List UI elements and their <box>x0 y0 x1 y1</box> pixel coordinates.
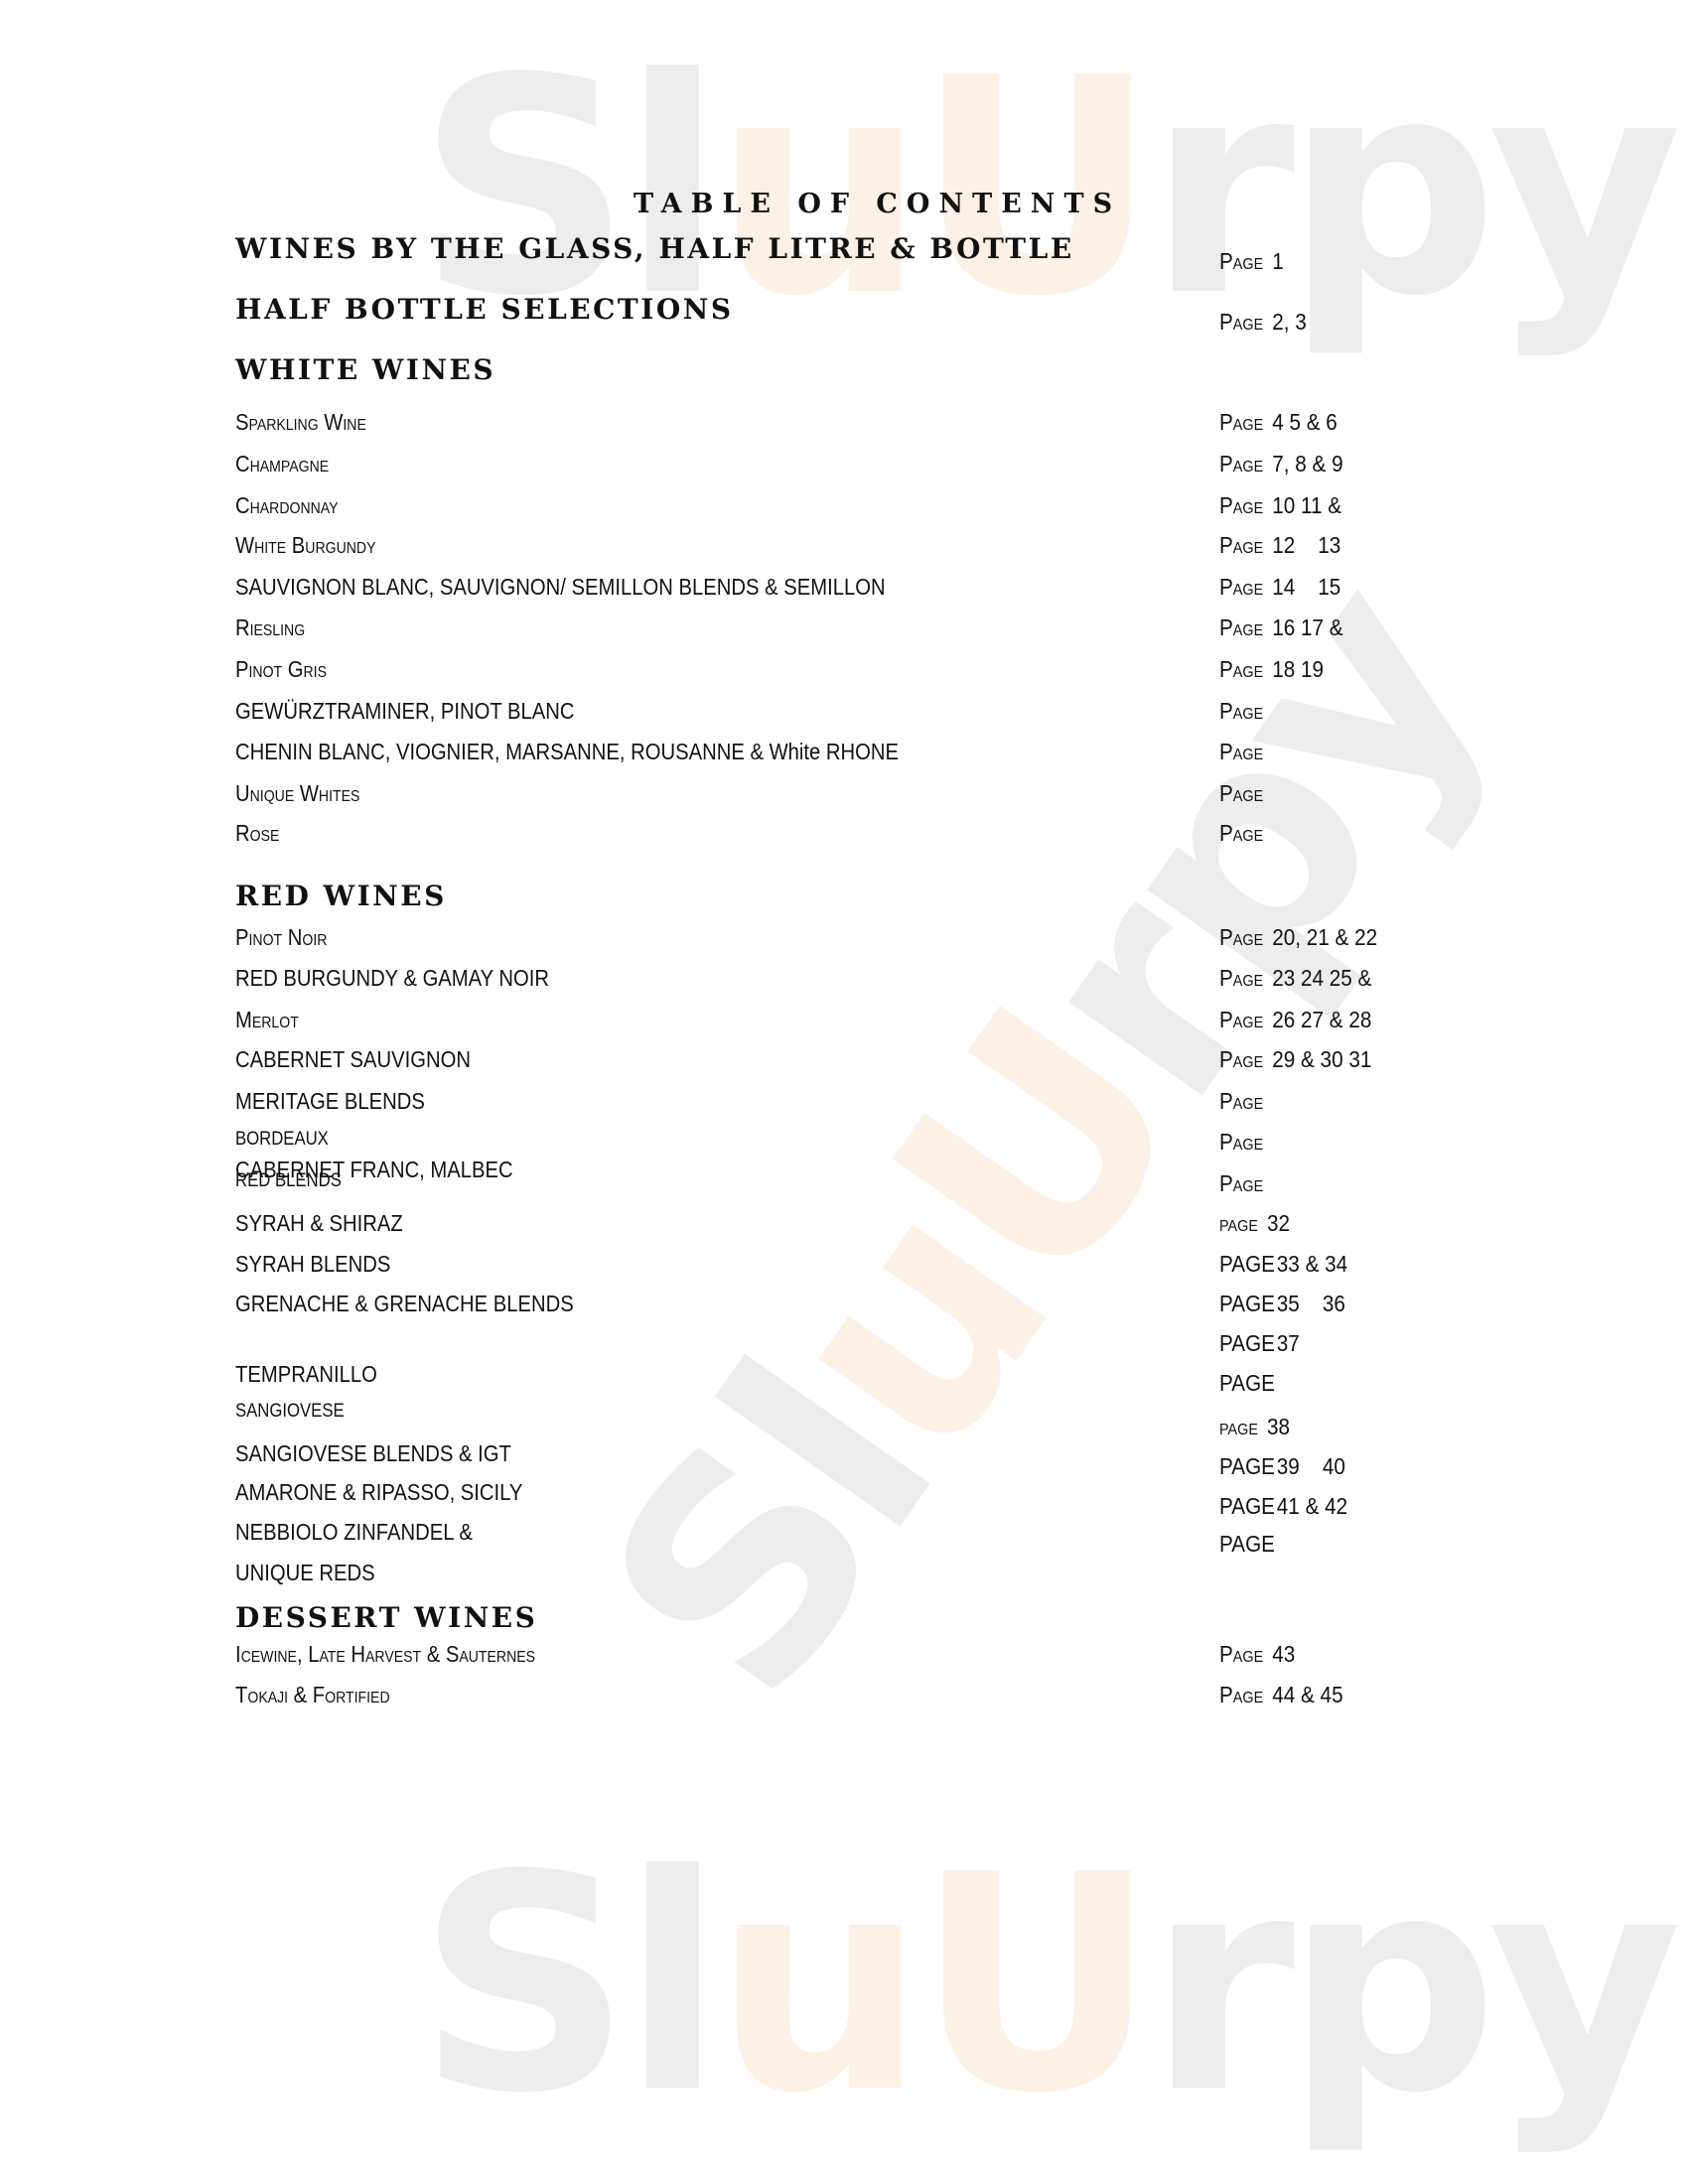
toc-entry-name: White Burgundy <box>235 532 375 559</box>
watermark-logo-middle: SluUrpy <box>563 542 1527 1741</box>
page-ref: PAGE33 & 34 <box>1219 1251 1347 1278</box>
section-heading-half-bottle: HALF BOTTLE SELECTIONS <box>235 293 734 326</box>
page-label: Page <box>1219 739 1263 764</box>
toc-entry-name: Pinot Gris <box>235 656 327 683</box>
page-ref: Page1 <box>1219 248 1284 275</box>
page-ref: page38 <box>1219 1414 1290 1440</box>
page-ref: Page <box>1219 1088 1272 1115</box>
page-label: Page <box>1219 614 1263 640</box>
page-label: PAGE <box>1219 1370 1275 1396</box>
page-label: Page <box>1219 409 1263 435</box>
page-label: Page <box>1219 532 1263 558</box>
toc-entry-name: RED BURGUNDY & GAMAY NOIR <box>235 965 549 992</box>
watermark-part: uU <box>714 1812 1148 2158</box>
page-numbers: 37 <box>1277 1330 1300 1356</box>
watermark-part: uU <box>713 958 1246 1512</box>
page-ref: Page23 24 25 & <box>1219 965 1371 992</box>
page-ref: PAGE <box>1219 1370 1277 1397</box>
page-numbers: 32 <box>1267 1210 1290 1236</box>
toc-entry-name: Riesling <box>235 614 305 641</box>
page-label: Page <box>1219 1046 1263 1072</box>
page-ref: Page16 17 & <box>1219 614 1343 641</box>
page-ref: Page18 19 <box>1219 656 1324 683</box>
page-numbers: 2, 3 <box>1272 309 1307 335</box>
page-numbers: 39 40 <box>1277 1453 1345 1479</box>
page-numbers: 41 & 42 <box>1277 1493 1347 1519</box>
toc-entry-name: Tokaji & Fortified <box>235 1682 390 1708</box>
page-ref: PAGE <box>1219 1531 1277 1558</box>
page-ref: Page20, 21 & 22 <box>1219 924 1377 951</box>
page-ref: page32 <box>1219 1210 1290 1237</box>
page-label: page <box>1219 1210 1258 1236</box>
page-label: Page <box>1219 1682 1263 1707</box>
page-numbers: 10 11 & <box>1272 492 1341 518</box>
page-ref: Page29 & 30 31 <box>1219 1046 1371 1073</box>
toc-entry-name: Sparkling Wine <box>235 409 366 436</box>
page-numbers: 44 & 45 <box>1272 1682 1342 1707</box>
toc-entry-name: Champagne <box>235 451 329 478</box>
page-ref: Page10 11 & <box>1219 492 1341 519</box>
watermark-part: Sl <box>417 1812 714 2158</box>
toc-entry-name: Merlot <box>235 1007 299 1033</box>
page-label: Page <box>1219 1170 1263 1196</box>
page-numbers: 20, 21 & 22 <box>1272 924 1377 950</box>
page-numbers: 26 27 & 28 <box>1272 1007 1371 1032</box>
page-label: Page <box>1219 1641 1263 1667</box>
toc-entry-name: MERITAGE BLENDS <box>235 1088 425 1115</box>
toc-entry-name: AMARONE & RIPASSO, SICILY <box>235 1479 522 1506</box>
toc-entry-name: Unique Whites <box>235 780 359 807</box>
page-label: PAGE <box>1219 1531 1275 1557</box>
toc-entry-name: Icewine, Late Harvest & Sauternes <box>235 1641 535 1668</box>
page-label: Page <box>1219 656 1263 682</box>
page-numbers: 18 19 <box>1272 656 1324 682</box>
page-ref: Page <box>1219 1170 1272 1197</box>
toc-entry-name: TEMPRANILLO <box>235 1361 377 1388</box>
page-label: Page <box>1219 492 1263 518</box>
toc-entry-name: Chardonnay <box>235 492 339 519</box>
watermark-part: Sl <box>542 1313 996 1755</box>
toc-entry-name: UNIQUE REDS <box>235 1560 375 1586</box>
toc-entry-name: SANGIOVESE BLENDS & IGT <box>235 1440 511 1467</box>
watermark-logo-bottom: SluUrpy <box>417 1837 1672 2134</box>
toc-entry-name: NEBBIOLO ZINFANDEL & <box>235 1519 473 1546</box>
page-label: PAGE <box>1219 1291 1275 1316</box>
page-ref: PAGE41 & 42 <box>1219 1493 1347 1520</box>
page-numbers: 43 <box>1272 1641 1295 1667</box>
page-ref: Page <box>1219 1129 1272 1156</box>
page-ref: Page <box>1219 698 1272 725</box>
page-numbers: 7, 8 & 9 <box>1272 451 1342 477</box>
page-ref: Page2, 3 <box>1219 309 1307 336</box>
toc-entry-name: SYRAH BLENDS <box>235 1251 390 1278</box>
watermark-part: rpy <box>1148 1812 1672 2158</box>
page-numbers: 35 36 <box>1277 1291 1345 1316</box>
page-title: TABLE OF CONTENTS <box>633 189 1121 219</box>
page-ref: PAGE39 40 <box>1219 1453 1345 1480</box>
page-numbers: 14 15 <box>1272 574 1340 600</box>
toc-entry-name: SYRAH & SHIRAZ <box>235 1210 403 1237</box>
page-label: Page <box>1219 1129 1263 1155</box>
toc-entry-name: GRENACHE & GRENACHE BLENDS <box>235 1291 574 1317</box>
page-ref: Page <box>1219 820 1272 847</box>
page-label: Page <box>1219 698 1263 724</box>
page-numbers: 33 & 34 <box>1277 1251 1347 1277</box>
page-numbers: 12 13 <box>1272 532 1340 558</box>
page-label: Page <box>1219 574 1263 600</box>
page-ref: Page14 15 <box>1219 574 1340 601</box>
page-numbers: 38 <box>1267 1414 1290 1439</box>
page-numbers: 1 <box>1272 248 1284 274</box>
toc-entry-name: BORDEAUX <box>235 1129 329 1151</box>
toc-entry-name: CABERNET SAUVIGNON <box>235 1046 471 1073</box>
page-ref: Page4 5 & 6 <box>1219 409 1337 436</box>
page-ref: PAGE37 <box>1219 1330 1300 1357</box>
section-heading-wines-by-glass: WINES BY THE GLASS, HALF LITRE & BOTTLE <box>235 232 1074 265</box>
section-heading-dessert-wines: DESSERT WINES <box>235 1601 537 1634</box>
toc-entry-name: Rose <box>235 820 279 847</box>
page-label: Page <box>1219 1088 1263 1114</box>
toc-entry-name: RED BLENDS <box>235 1170 342 1192</box>
page-numbers: 16 17 & <box>1272 614 1342 640</box>
page-label: PAGE <box>1219 1453 1275 1479</box>
page-ref: Page43 <box>1219 1641 1295 1668</box>
page-label: Page <box>1219 965 1263 991</box>
page-ref: Page7, 8 & 9 <box>1219 451 1343 478</box>
toc-entry-name: GEWÜRZTRAMINER, PINOT BLANC <box>235 698 574 725</box>
page-label: Page <box>1219 451 1263 477</box>
page-ref: PAGE35 36 <box>1219 1291 1345 1317</box>
section-heading-white-wines: WHITE WINES <box>235 353 495 386</box>
page-label: PAGE <box>1219 1251 1275 1277</box>
page-label: PAGE <box>1219 1330 1275 1356</box>
page-ref: Page12 13 <box>1219 532 1340 559</box>
page-label: Page <box>1219 309 1263 335</box>
page-ref: Page44 & 45 <box>1219 1682 1343 1708</box>
page-ref: Page <box>1219 780 1272 807</box>
page-label: PAGE <box>1219 1493 1275 1519</box>
toc-entry-name: CHENIN BLANC, VIOGNIER, MARSANNE, ROUSAN… <box>235 739 899 765</box>
page-numbers: 23 24 25 & <box>1272 965 1371 991</box>
page-label: Page <box>1219 248 1263 274</box>
page-numbers: 4 5 & 6 <box>1272 409 1337 435</box>
toc-entry-name: SANGIOVESE <box>235 1401 345 1423</box>
section-heading-red-wines: RED WINES <box>235 880 447 912</box>
toc-entry-name: SAUVIGNON BLANC, SAUVIGNON/ SEMILLON BLE… <box>235 574 886 601</box>
page-ref: Page26 27 & 28 <box>1219 1007 1371 1033</box>
page-label: page <box>1219 1414 1258 1439</box>
page-numbers: 29 & 30 31 <box>1272 1046 1371 1072</box>
toc-entry-name: Pinot Noir <box>235 924 327 951</box>
page-ref: Page <box>1219 739 1272 765</box>
page-label: Page <box>1219 1007 1263 1032</box>
page-label: Page <box>1219 780 1263 806</box>
page-label: Page <box>1219 924 1263 950</box>
page-label: Page <box>1219 820 1263 846</box>
